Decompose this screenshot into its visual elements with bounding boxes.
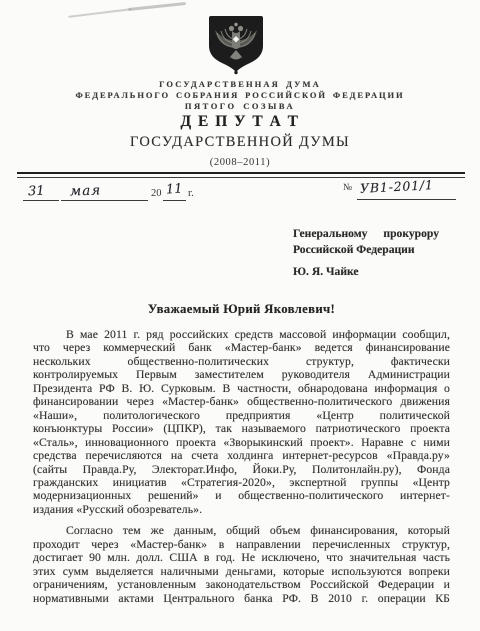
body-line: контролируемых Первым заместителем руков… — [33, 368, 450, 381]
body-line: «Наши», политологического предприятия «Ц… — [33, 409, 450, 422]
date-year-underline — [163, 200, 186, 201]
org-name-line2: ФЕДЕРАЛЬНОГО СОБРАНИЯ РОССИЙСКОЙ ФЕДЕРАЦ… — [0, 90, 480, 100]
body-line: «Сталь», инновационного проекта «Зворыки… — [33, 436, 450, 449]
addressee-name: Ю. Я. Чайке — [293, 264, 439, 280]
convocation-years: (2008–2011) — [0, 157, 480, 168]
letterhead-divider-rule — [17, 172, 465, 178]
body-line: что через коммерческий банк «Мастер-банк… — [33, 341, 450, 354]
body-line: финансировании через «Мастер-банк» общес… — [33, 395, 450, 408]
body-line: этих сумм выделяется наличными деньгами,… — [33, 565, 450, 578]
handwritten-day: 31 — [28, 184, 45, 200]
post-title: Д Е П У Т А Т — [0, 113, 480, 131]
post-subtitle: ГОСУДАРСТВЕННОЙ ДУМЫ — [0, 134, 480, 151]
handwritten-doc-number: УВ1-201/1 — [360, 177, 434, 196]
body-line: ограничениям, установленным законодатель… — [33, 578, 450, 591]
scan-artifact — [68, 8, 132, 18]
date-day-underline — [23, 200, 59, 201]
body-line: достигает 90 млн. долл. США в год. Не ис… — [33, 551, 450, 564]
body-line: Согласно тем же данным, общий объем фина… — [33, 524, 450, 537]
paragraph: В мае 2011 г. ряд российских средств мас… — [33, 328, 450, 516]
doc-number-underline — [357, 199, 456, 200]
body-line: нескольких общественно-политических стру… — [33, 355, 450, 368]
scan-artifact — [128, 2, 186, 11]
body-line: гражданских инициатив «Стратегия-2020», … — [33, 476, 450, 489]
printed-year-suffix: г. — [188, 188, 194, 199]
body-line: конъюнктуры России» (ЦПКР), так называем… — [33, 422, 450, 435]
body-line: средства перечисляются на счета холдинга… — [33, 449, 450, 462]
body-line: модернизационных решений» и общественно-… — [33, 489, 450, 502]
org-name-line1: ГОСУДАРСТВЕННАЯ ДУМА — [0, 79, 480, 89]
body-line: нормативными актами Центрального банка Р… — [33, 592, 450, 605]
scanned-letter-page: ГОСУДАРСТВЕННАЯ ДУМА ФЕДЕРАЛЬНОГО СОБРАН… — [0, 0, 480, 631]
body: В мае 2011 г. ряд российских средств мас… — [33, 328, 450, 605]
body-line: издания «Русский обозреватель». — [33, 503, 450, 516]
handwritten-year: 11 — [165, 181, 183, 197]
addressee-title-line2: Российской Федерации — [293, 242, 439, 258]
number-sign: № — [343, 183, 352, 193]
printed-year-prefix: 20 — [151, 188, 162, 199]
body-line: В мае 2011 г. ряд российских средств мас… — [33, 328, 450, 341]
org-name-line3: ПЯТОГО СОЗЫВА — [0, 101, 480, 111]
handwritten-month: мая — [70, 182, 102, 199]
body-line: Президента РФ В. Ю. Сурковым. В частност… — [33, 382, 450, 395]
state-duma-emblem-icon — [204, 13, 268, 75]
body-line: проходит через «Мастер-банк» в направлен… — [33, 538, 450, 551]
date-month-underline — [61, 200, 148, 201]
addressee-block: Генеральному прокурору Российской Федера… — [293, 226, 439, 280]
paragraph: Согласно тем же данным, общий объем фина… — [33, 524, 450, 605]
body-line: (сайты Правда.Ру, Электорат.Инфо, Йоки.Р… — [33, 463, 450, 476]
addressee-title-line1: Генеральному прокурору — [293, 226, 439, 242]
salutation: Уважаемый Юрий Яковлевич! — [33, 302, 450, 317]
